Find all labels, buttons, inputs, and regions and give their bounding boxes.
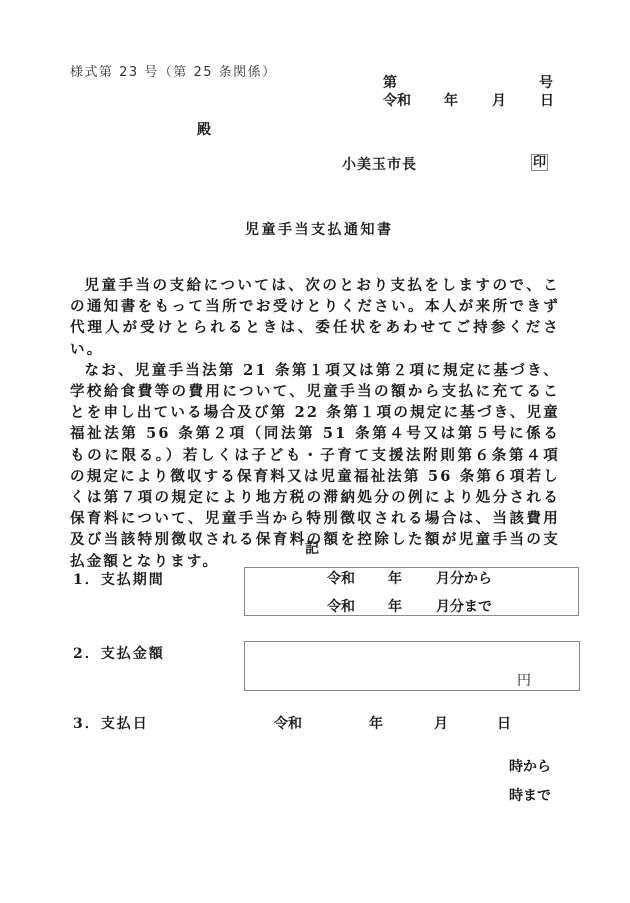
period-from-year: 年 (388, 568, 402, 588)
seal-mark: 印 (531, 154, 548, 171)
notice-paragraph: 児童手当の支給については、次のとおり支払をしますので、この通知書をもって当所でお… (70, 275, 560, 360)
issue-date-month: 月 (492, 90, 506, 110)
period-from-month: 月分から (436, 568, 492, 588)
issuer-name: 小美玉市長 (342, 154, 417, 174)
period-from-era: 令和 (327, 568, 355, 588)
payment-date-era: 令和 (274, 713, 302, 733)
record-heading: 記 (305, 538, 319, 558)
document-number-line: 第 号 (383, 76, 553, 91)
issue-date-era: 令和 (383, 90, 411, 110)
payment-date-label: 3．支払日 (73, 713, 149, 733)
payment-time-from: 時から (509, 756, 551, 776)
addressee-suffix: 殿 (197, 119, 211, 139)
document-title: 児童手当支払通知書 (245, 219, 394, 239)
period-to-line: 令和 年 月分まで (327, 596, 577, 614)
form-number: 様式第 23 号（第 25 条関係） (70, 61, 277, 80)
issue-date-line: 令和 年 月 日 (383, 90, 553, 106)
payment-date-year: 年 (369, 713, 383, 733)
document-number-suffix: 号 (539, 76, 553, 91)
notice-body: 児童手当の支給については、次のとおり支払をしますので、この通知書をもって当所でお… (70, 275, 560, 572)
payment-period-label: 1．支払期間 (73, 569, 165, 589)
payment-time-to: 時まで (509, 785, 551, 805)
period-to-month: 月分まで (436, 596, 492, 616)
payment-amount-label: 2．支払金額 (73, 643, 165, 663)
period-to-year: 年 (388, 596, 402, 616)
period-from-line: 令和 年 月分から (327, 568, 577, 586)
payment-date-day: 日 (497, 713, 511, 733)
document-number-prefix: 第 (383, 75, 397, 91)
payment-amount-box: 円 (244, 641, 580, 691)
issue-date-year: 年 (444, 90, 458, 110)
yen-unit: 円 (517, 670, 531, 690)
payment-date-month: 月 (434, 713, 448, 733)
issue-date-day: 日 (540, 90, 554, 110)
period-to-era: 令和 (327, 596, 355, 616)
payment-period-box: 令和 年 月分から 令和 年 月分まで (244, 567, 579, 616)
payment-date-line: 令和 年 月 日 (274, 713, 514, 731)
